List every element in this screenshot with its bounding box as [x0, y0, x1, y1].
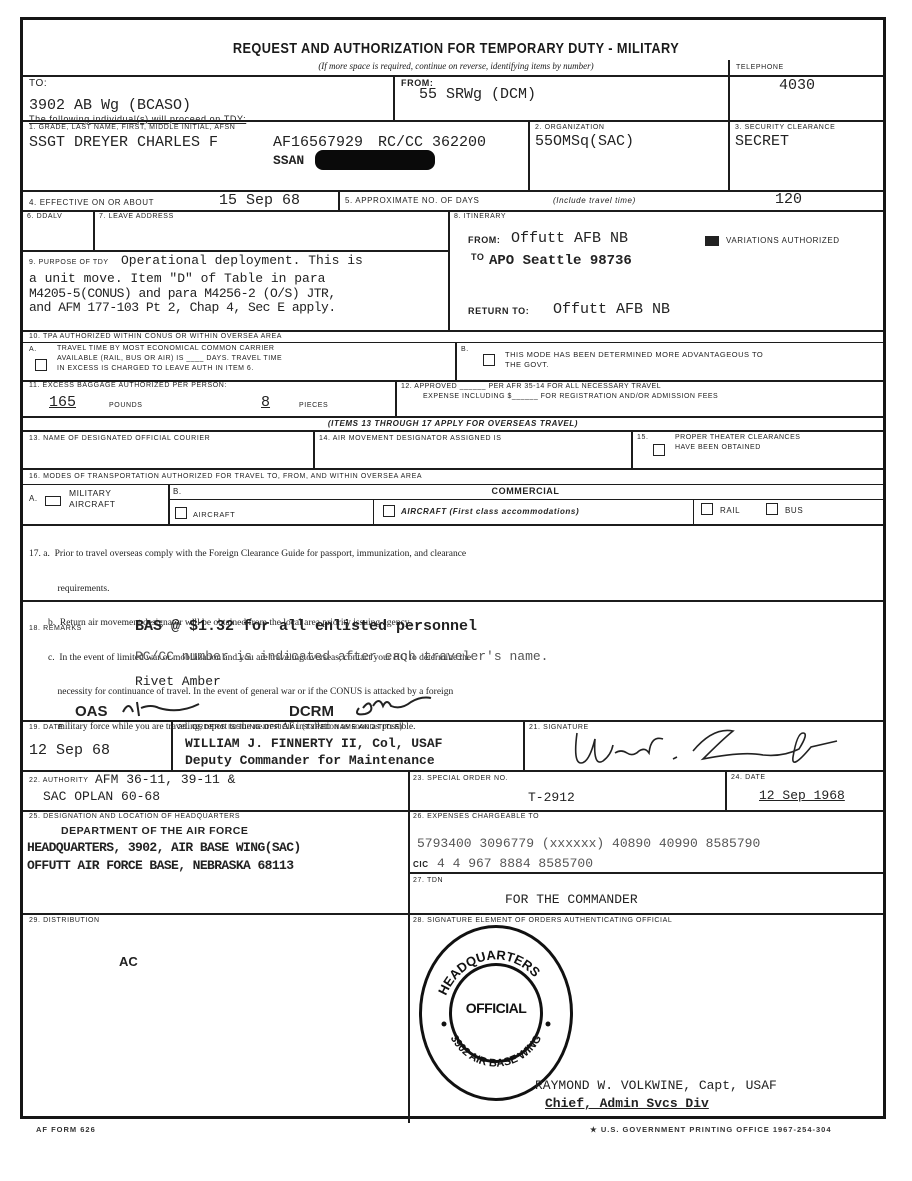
initials-right-label: DCRM [289, 703, 334, 720]
initials-right-signature-icon [351, 690, 451, 720]
item15-line: PROPER THEATER CLEARANCES [675, 433, 800, 443]
printing-office-note: ★ U.S. GOVERNMENT PRINTING OFFICE 1967-2… [590, 1125, 832, 1134]
official-seal-bottom-text: 3902 AIR BASE WING [448, 1033, 544, 1070]
item10a-text: TRAVEL TIME BY MOST ECONOMICAL COMMON CA… [57, 344, 282, 374]
expenses-cic-label: CIC [413, 860, 429, 869]
military-aircraft-line: AIRCRAFT [69, 499, 116, 510]
effective-date-value: 15 Sep 68 [219, 192, 300, 209]
item16-label: 16. MODES OF TRANSPORTATION AUTHORIZED F… [29, 473, 422, 480]
item23-label: 23. SPECIAL ORDER NO. [413, 775, 508, 782]
military-aircraft-checkbox[interactable] [45, 496, 61, 506]
item5-note: (Include travel time) [553, 196, 636, 205]
item22-label: 22. AUTHORITY [29, 777, 89, 784]
item16a-label: A. [29, 494, 38, 503]
authenticating-official-title: Chief, Admin Svcs Div [545, 1096, 709, 1111]
item10-label: 10. TPA AUTHORIZED WITHIN CONUS OR WITHI… [29, 333, 282, 340]
printing-office-star-icon: ★ [590, 1125, 601, 1134]
item10a-line: AVAILABLE (RAIL, BUS OR AIR) IS ____ DAY… [57, 354, 282, 364]
item12-text: 12. APPROVED ______ PER AFR 35-14 FOR AL… [401, 382, 718, 402]
item20-label: 20. ORDERS ISSUING OFFICIAL (Typed Name … [178, 724, 403, 731]
item14-label: 14. AIR MOVEMENT DESIGNATOR ASSIGNED IS [319, 435, 502, 442]
item2-label: 2. ORGANIZATION [535, 124, 605, 131]
ssan-redaction [315, 150, 435, 170]
divider [631, 430, 633, 468]
ssan-label: SSAN [273, 153, 304, 168]
special-order-date-value: 12 Sep 1968 [759, 788, 845, 803]
traveler-afsn: AF16567929 [273, 134, 363, 151]
baggage-pieces-value: 8 [261, 394, 270, 411]
authority-line-2: SAC OPLAN 60-68 [43, 789, 160, 804]
rail-label: RAIL [720, 506, 740, 515]
divider [171, 720, 173, 770]
divider [23, 430, 883, 432]
printing-office-text: U.S. GOVERNMENT PRINTING OFFICE 1967-254… [601, 1125, 832, 1134]
military-aircraft-line: MILITARY [69, 488, 116, 499]
divider [725, 770, 727, 810]
svg-text:HEADQUARTERS: HEADQUARTERS [435, 947, 543, 997]
item5-label: 5. APPROXIMATE NO. OF DAYS [345, 196, 479, 205]
item10a-line: IN EXCESS IS CHARGED TO LEAVE AUTH IN IT… [57, 364, 282, 374]
item12-line: 12. APPROVED ______ PER AFR 35-14 FOR AL… [401, 382, 718, 392]
item13-label: 13. NAME OF DESIGNATED OFFICIAL COURIER [29, 435, 210, 442]
divider [528, 120, 530, 190]
commercial-aircraft-label: AIRCRAFT [193, 510, 235, 519]
issuing-official-signature-icon [563, 725, 873, 770]
purpose-line-1: Operational deployment. This is [121, 253, 363, 268]
item10b-label: B. [461, 346, 469, 353]
form-number: AF FORM 626 [36, 1125, 96, 1134]
divider [23, 190, 883, 192]
item29-label: 29. DISTRIBUTION [29, 917, 100, 924]
purpose-line-3: M4205-5(CONUS) and para M4256-2 (O/S) JT… [29, 286, 336, 301]
remarks-line-1: BAS @ $1.32 for all enlisted personnel [135, 618, 477, 635]
item17-line: 17. a. Prior to travel overseas comply w… [29, 549, 471, 561]
hq-line-1: DEPARTMENT OF THE AIR FORCE [61, 825, 248, 837]
hq-line-2: HEADQUARTERS, 3902, AIR BASE WING(SAC) [27, 840, 301, 855]
divider [168, 499, 883, 500]
item27-label: 27. TDN [413, 877, 443, 884]
item10b-line: THE GOVT. [505, 360, 763, 370]
variations-authorized-label: VARIATIONS AUTHORIZED [726, 236, 840, 245]
itinerary-return-value: Offutt AFB NB [553, 301, 670, 318]
baggage-pieces-label: PIECES [299, 402, 328, 409]
divider [373, 499, 374, 524]
distribution-value: AC [119, 954, 138, 969]
item4-label: 4. EFFECTIVE ON OR ABOUT [29, 198, 154, 207]
commercial-label: COMMERCIAL [168, 486, 883, 496]
divider [408, 872, 883, 874]
purpose-line-2: a unit move. Item "D" of Table in para [29, 271, 325, 286]
days-value: 120 [775, 191, 802, 208]
commercial-aircraft-checkbox[interactable] [175, 507, 187, 519]
overseas-note: (ITEMS 13 THROUGH 17 APPLY FOR OVERSEAS … [23, 419, 883, 428]
divider [338, 190, 340, 210]
item6-label: 6. DDALV [27, 213, 62, 220]
item28-label: 28. SIGNATURE ELEMENT OF ORDERS AUTHENTI… [413, 917, 672, 924]
rail-checkbox[interactable] [701, 503, 713, 515]
item26-label: 26. EXPENSES CHARGEABLE TO [413, 813, 539, 820]
issuing-official-title: Deputy Commander for Maintenance [185, 753, 435, 768]
military-aircraft-label: MILITARY AIRCRAFT [69, 488, 116, 510]
telephone-value: 4030 [779, 77, 815, 94]
authenticating-official-name: RAYMOND W. VOLKWINE, Capt, USAF [535, 1078, 777, 1093]
divider [393, 75, 395, 120]
from-value: 55 SRWg (DCM) [419, 86, 536, 103]
svg-text:3902 AIR BASE WING: 3902 AIR BASE WING [448, 1033, 544, 1070]
divider [23, 484, 883, 485]
item9-label: 9. PURPOSE OF TDY [29, 259, 109, 266]
itinerary-to-label: TO [471, 252, 485, 262]
divider [408, 810, 410, 1123]
tdn-value: FOR THE COMMANDER [505, 892, 638, 907]
itinerary-to-value: APO Seattle 98736 [489, 253, 632, 269]
item1-label: 1. GRADE, LAST NAME, FIRST, MIDDLE INITI… [29, 124, 235, 131]
divider [23, 720, 883, 722]
divider [23, 468, 883, 470]
item18-label: 18. REMARKS [29, 625, 82, 632]
baggage-pounds-label: POUNDS [109, 402, 143, 409]
item15-label: 15. [637, 434, 649, 441]
item25-label: 25. DESIGNATION AND LOCATION OF HEADQUAR… [29, 813, 240, 820]
divider [728, 120, 730, 190]
divider [448, 210, 450, 330]
authority-line-1: AFM 36-11, 39-11 & [95, 772, 235, 787]
remarks-line-3: Rivet Amber [135, 674, 221, 689]
baggage-pounds-value: 165 [49, 394, 76, 411]
itinerary-return-label: RETURN TO: [468, 306, 529, 316]
divider [93, 210, 95, 250]
official-seal-top-text: HEADQUARTERS [435, 947, 543, 997]
divider [395, 380, 397, 416]
item11-label: 11. EXCESS BAGGAGE AUTHORIZED PER PERSON… [29, 382, 227, 389]
initials-left-signature-icon [119, 696, 209, 720]
divider [23, 250, 448, 252]
itinerary-from-value: Offutt AFB NB [511, 230, 628, 247]
proceed-note: The following individual(s) will proceed… [29, 114, 246, 124]
divider [728, 60, 730, 120]
item15-text: PROPER THEATER CLEARANCES HAVE BEEN OBTA… [675, 433, 800, 453]
item7-label: 7. LEAVE ADDRESS [99, 213, 174, 220]
itinerary-from-label: FROM: [468, 235, 501, 245]
item10a-label: A. [29, 346, 37, 353]
divider [455, 342, 457, 380]
item17-line: requirements. [29, 584, 471, 596]
divider [693, 499, 694, 524]
item10a-line: TRAVEL TIME BY MOST ECONOMICAL COMMON CA… [57, 344, 282, 354]
item15-line: HAVE BEEN OBTAINED [675, 443, 800, 453]
item10b-line: THIS MODE HAS BEEN DETERMINED MORE ADVAN… [505, 350, 763, 360]
remarks-line-2: RC/CC number is indicated after each tra… [135, 649, 548, 664]
item19-label: 19. DATE [29, 724, 64, 731]
issuing-official-name: WILLIAM J. FINNERTY II, Col, USAF [185, 736, 442, 751]
item10a-checkbox[interactable] [35, 359, 47, 371]
traveler-rc-cc: RC/CC 362200 [378, 134, 486, 151]
tdy-form: REQUEST AND AUTHORIZATION FOR TEMPORARY … [20, 17, 886, 1119]
traveler-name: SSGT DREYER CHARLES F [29, 134, 218, 151]
item10b-checkbox[interactable] [483, 354, 495, 366]
divider [408, 770, 410, 810]
item10b-text: THIS MODE HAS BEEN DETERMINED MORE ADVAN… [505, 350, 763, 370]
to-label: TO: [29, 78, 47, 89]
divider [523, 720, 525, 770]
form-title: REQUEST AND AUTHORIZATION FOR TEMPORARY … [88, 40, 824, 57]
divider [23, 210, 883, 212]
order-date-value: 12 Sep 68 [29, 742, 110, 759]
hq-line-3: OFFUTT AIR FORCE BASE, NEBRASKA 68113 [27, 858, 293, 873]
official-seal-stamp: OFFICIAL HEADQUARTERS 3902 AIR BASE WING [419, 925, 573, 1101]
divider [23, 342, 883, 343]
official-seal-ring-text-icon: HEADQUARTERS 3902 AIR BASE WING [422, 928, 570, 1098]
bus-checkbox[interactable] [766, 503, 778, 515]
divider [23, 330, 883, 332]
purpose-line-4: and AFM 177-103 Pt 2, Chap 4, Sec E appl… [29, 300, 336, 315]
telephone-label: TELEPHONE [736, 64, 784, 71]
first-class-aircraft-label: AIRCRAFT (First class accommodations) [401, 507, 579, 516]
bus-label: BUS [785, 506, 803, 515]
variations-authorized-checkbox[interactable] [705, 236, 719, 246]
first-class-aircraft-checkbox[interactable] [383, 505, 395, 517]
divider [23, 810, 883, 812]
expenses-line-1: 5793400 3096779 (xxxxxx) 40890 40990 858… [417, 836, 760, 851]
divider [23, 913, 883, 915]
to-value: 3902 AB Wg (BCASO) [29, 97, 191, 114]
item3-label: 3. SECURITY CLEARANCE [735, 124, 835, 131]
security-clearance-value: SECRET [735, 133, 789, 150]
divider [23, 600, 883, 602]
initials-left-label: OAS [75, 703, 108, 720]
item8-label: 8. ITINERARY [454, 213, 506, 220]
theater-clearance-checkbox[interactable] [653, 444, 665, 456]
special-order-value: T-2912 [528, 790, 575, 805]
organization-value: 55OMSq(SAC) [535, 133, 634, 150]
item12-line: EXPENSE INCLUDING $______ FOR REGISTRATI… [401, 392, 718, 402]
item24-label: 24. DATE [731, 774, 766, 781]
divider [23, 416, 883, 418]
divider [23, 75, 883, 77]
expenses-line-2: 4 4 967 8884 8585700 [437, 856, 593, 871]
divider [313, 430, 315, 468]
